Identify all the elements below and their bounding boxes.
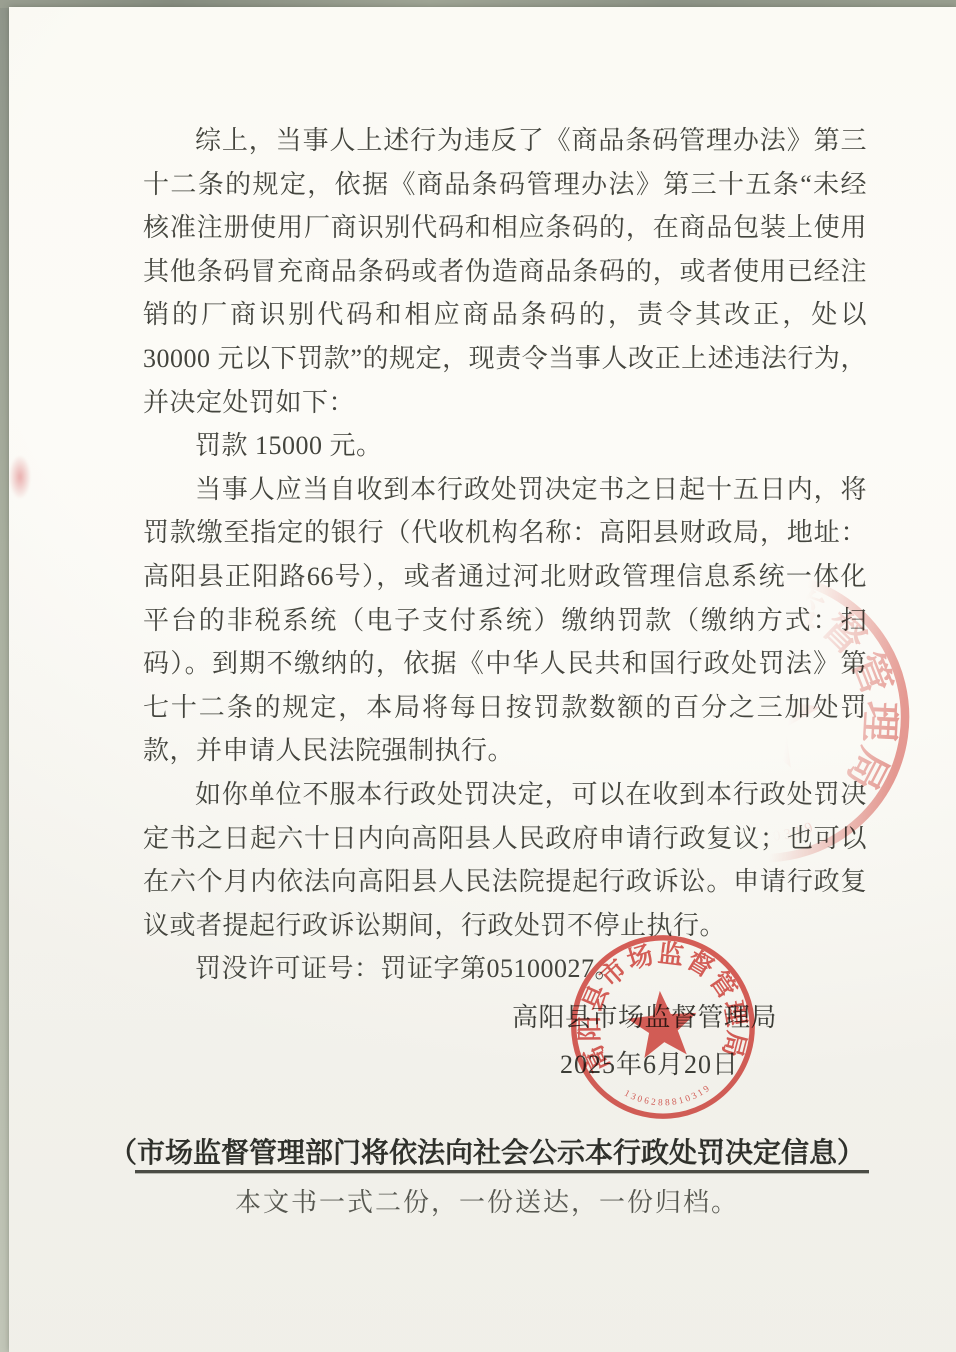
paragraph-penalty-license-number: 罚没许可证号：罚证字第05100027。 — [143, 947, 867, 991]
seal-star-icon — [625, 988, 699, 1059]
left-edge-ink-smudge — [9, 455, 31, 499]
distribution-note: 本文书一式二份，一份送达，一份归档。 — [9, 1182, 956, 1219]
partial-seal-star-icon — [704, 653, 826, 771]
partial-official-seal-stamp: 高阳县市场监督管理局 1306288810319 — [589, 542, 939, 892]
footer-divider-line — [135, 1170, 869, 1173]
public-disclosure-notice: （市场监督管理部门将依法向社会公示本行政处罚决定信息） — [9, 1131, 956, 1171]
official-seal-stamp: 高阳县市场监督管理局 1306288810319 — [557, 921, 769, 1133]
paragraph-legal-basis: 综上，当事人上述行为违反了《商品条码管理办法》第三十二条的规定，依据《商品条码管… — [143, 119, 867, 424]
official-seal-graphic: 高阳县市场监督管理局 1306288810319 — [557, 921, 769, 1133]
document-page: 综上，当事人上述行为违反了《商品条码管理办法》第三十二条的规定，依据《商品条码管… — [9, 7, 956, 1352]
partial-seal-graphic: 高阳县市场监督管理局 1306288810319 — [589, 542, 939, 892]
paragraph-fine-amount: 罚款 15000 元。 — [143, 424, 867, 468]
scanned-document-canvas: { "document": { "paragraphs": [ "综上，当事人上… — [0, 0, 956, 1352]
